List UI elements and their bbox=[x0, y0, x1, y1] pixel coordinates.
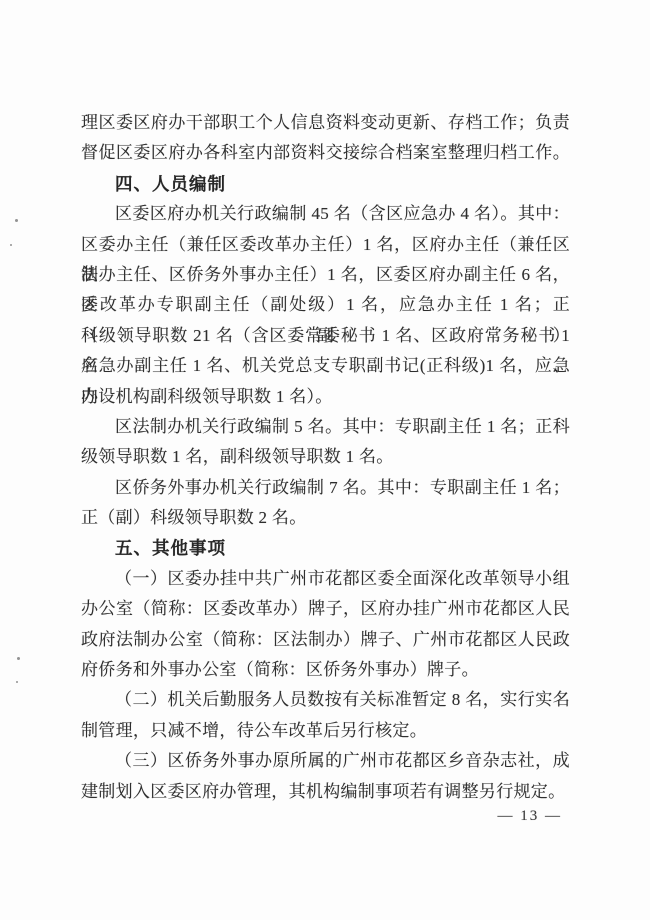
text-line: 府侨务和外事办公室（简称：区侨务外事办）牌子。 bbox=[81, 655, 570, 685]
scan-speck bbox=[17, 657, 20, 660]
scan-speck bbox=[15, 219, 18, 222]
text-line: 建制划入区委区府办管理，其机构编制事项若有调整另行规定。 bbox=[81, 777, 570, 807]
text-line: 制办主任、区侨务外事办主任）1 名，区委区府办副主任 6 名，区 bbox=[81, 260, 570, 290]
text-line: 应急办副主任 1 名、机关党总支专职副书记(正科级)1 名，应急办 bbox=[81, 351, 570, 381]
text-line: （一）区委办挂中共广州市花都区委全面深化改革领导小组 bbox=[81, 564, 570, 594]
text-line: 政府法制办公室（简称：区法制办）牌子、广州市花都区人民政 bbox=[81, 625, 570, 655]
page-number: — 13 — bbox=[498, 806, 563, 826]
text-line: 科级领导职数 21 名（含区委常委秘书 1 名、区政府常务秘书 1 名、 bbox=[81, 321, 570, 351]
text-line: 督促区委区府办各科室内部资料交接综合档案室整理归档工作。 bbox=[81, 138, 570, 168]
section-heading: 五、其他事项 bbox=[81, 533, 570, 563]
scan-speck bbox=[10, 244, 12, 246]
text-line: 委改革办专职副主任（副处级）1 名，应急办主任 1 名；正（副） bbox=[81, 290, 570, 320]
text-line: 级领导职数 1 名，副科级领导职数 1 名。 bbox=[81, 442, 570, 472]
text-line: （三）区侨务外事办原所属的广州市花都区乡音杂志社，成 bbox=[81, 746, 570, 776]
document-lines: 理区委区府办干部职工个人信息资料变动更新、存档工作；负责督促区委区府办各科室内部… bbox=[81, 108, 570, 807]
document-page: 理区委区府办干部职工个人信息资料变动更新、存档工作；负责督促区委区府办各科室内部… bbox=[0, 0, 650, 920]
text-line: 区委区府办机关行政编制 45 名（含区应急办 4 名）。其中： bbox=[81, 199, 570, 229]
text-line: 内设机构副科级领导职数 1 名）。 bbox=[81, 382, 570, 412]
text-line: 理区委区府办干部职工个人信息资料变动更新、存档工作；负责 bbox=[81, 108, 570, 138]
text-line: 区委办主任（兼任区委改革办主任）1 名，区府办主任（兼任区法 bbox=[81, 230, 570, 260]
text-line: 区法制办机关行政编制 5 名。其中：专职副主任 1 名；正科 bbox=[81, 412, 570, 442]
text-line: 正（副）科级领导职数 2 名。 bbox=[81, 503, 570, 533]
scan-speck bbox=[16, 681, 18, 683]
text-line: （二）机关后勤服务人员数按有关标准暂定 8 名，实行实名 bbox=[81, 685, 570, 715]
text-line: 办公室（简称：区委改革办）牌子，区府办挂广州市花都区人民 bbox=[81, 594, 570, 624]
section-heading: 四、人员编制 bbox=[81, 169, 570, 199]
text-line: 制管理，只减不增，待公车改革后另行核定。 bbox=[81, 716, 570, 746]
text-line: 区侨务外事办机关行政编制 7 名。其中：专职副主任 1 名； bbox=[81, 473, 570, 503]
